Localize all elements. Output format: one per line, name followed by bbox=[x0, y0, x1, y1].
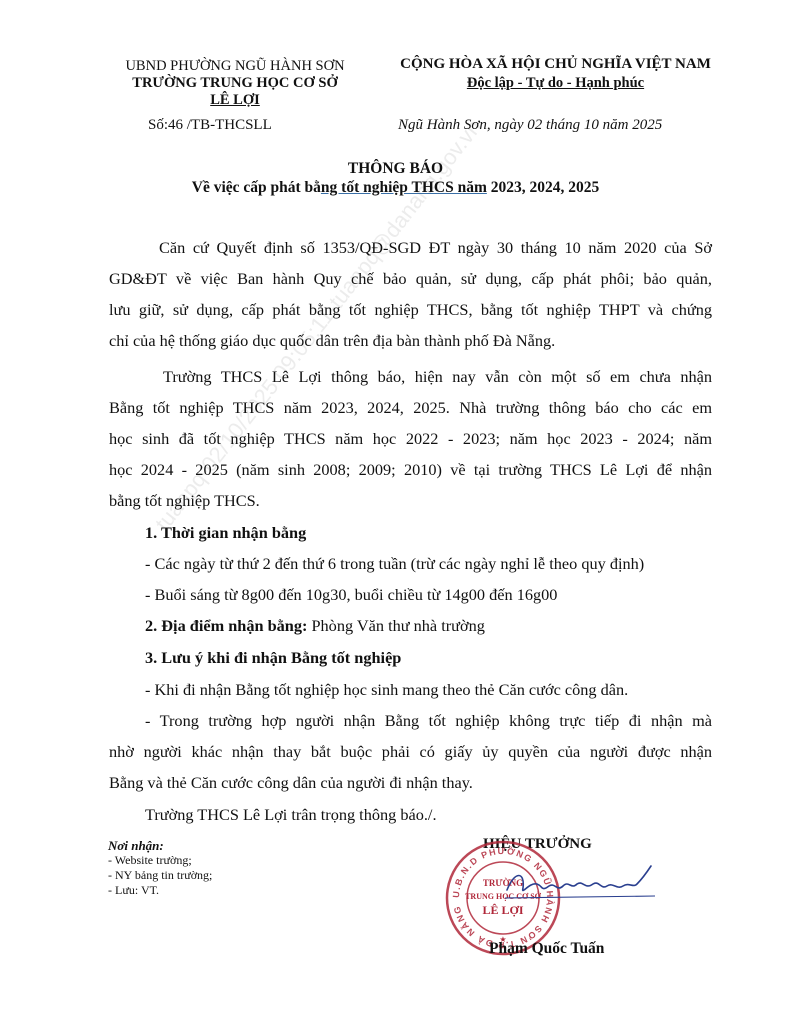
recipients-title: Nơi nhận: bbox=[108, 838, 212, 853]
section-2: 2. Địa điểm nhận bằng: Phòng Văn thư nhà… bbox=[145, 610, 485, 641]
section-1-heading: 1. Thời gian nhận bằng bbox=[145, 517, 306, 548]
motto: Độc lập - Tự do - Hạnh phúc bbox=[378, 74, 733, 93]
handwritten-signature-icon bbox=[505, 862, 655, 904]
recipients-block: Nơi nhận: - Website trường; - NY bảng ti… bbox=[108, 838, 212, 898]
recipient-item: - Lưu: VT. bbox=[108, 883, 212, 898]
document-number: Số:46 /TB-THCSLL bbox=[148, 117, 272, 134]
national-header: CỘNG HÒA XÃ HỘI CHỦ NGHĨA VIỆT NAM Độc l… bbox=[378, 55, 733, 93]
issuing-authority: UBND PHƯỜNG NGŨ HÀNH SƠN TRƯỜNG TRUNG HỌ… bbox=[90, 58, 380, 109]
recipient-item: - NY bảng tin trường; bbox=[108, 868, 212, 883]
section-3-item: - Khi đi nhận Bằng tốt nghiệp học sinh m… bbox=[145, 674, 628, 705]
parent-org: UBND PHƯỜNG NGŨ HÀNH SƠN bbox=[90, 58, 380, 75]
signatory-name: Phạm Quốc Tuấn bbox=[489, 940, 604, 958]
document-title: THÔNG BÁO bbox=[0, 159, 791, 178]
section-1-item: - Các ngày từ thứ 2 đến thứ 6 trong tuần… bbox=[145, 548, 644, 579]
nation-name: CỘNG HÒA XÃ HỘI CHỦ NGHĨA VIỆT NAM bbox=[378, 55, 733, 74]
section-3-heading: 3. Lưu ý khi đi nhận Bằng tốt nghiệp bbox=[145, 642, 401, 673]
closing-line: Trường THCS Lê Lợi trân trọng thông báo.… bbox=[145, 799, 437, 830]
recipient-item: - Website trường; bbox=[108, 853, 212, 868]
document-subtitle: Về việc cấp phát bằng tốt nghiệp THCS nă… bbox=[0, 178, 791, 197]
section-3-item-2: - Trong trường hợp người nhận Bằng tốt n… bbox=[109, 705, 712, 798]
paragraph-legal-basis: Căn cứ Quyết định số 1353/QĐ-SGD ĐT ngày… bbox=[109, 232, 712, 356]
paragraph-announcement: Trường THCS Lê Lợi thông báo, hiện nay v… bbox=[109, 361, 712, 516]
svg-text:LÊ LỢI: LÊ LỢI bbox=[482, 903, 523, 917]
school-name-line1: TRƯỜNG TRUNG HỌC CƠ SỞ bbox=[90, 75, 380, 92]
section-1-item: - Buổi sáng từ 8g00 đến 10g30, buổi chiề… bbox=[145, 579, 557, 610]
school-name-line2: LÊ LỢI bbox=[90, 92, 380, 109]
place-date: Ngũ Hành Sơn, ngày 02 tháng 10 năm 2025 bbox=[398, 117, 662, 134]
